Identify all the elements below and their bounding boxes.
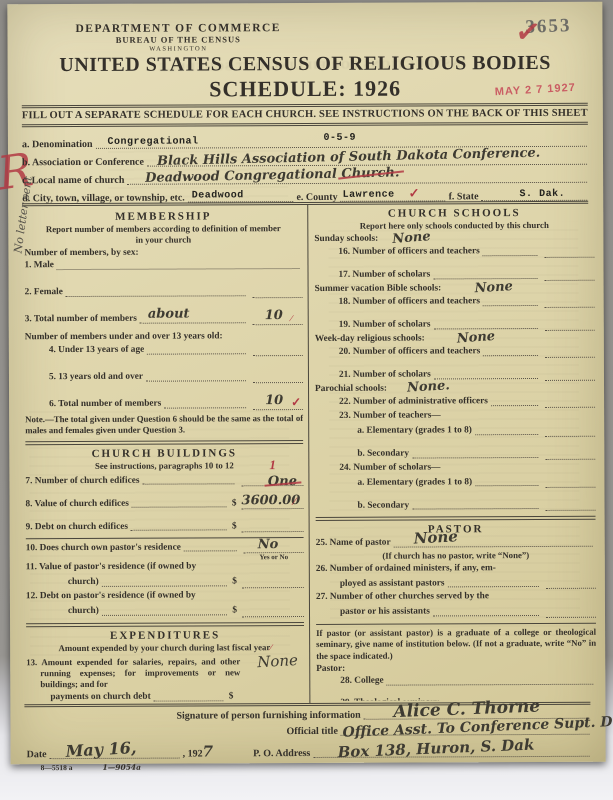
answer-blank xyxy=(238,690,304,702)
dotted-line: May 16, xyxy=(50,758,180,760)
question-row-20: 20. Number of officers and teachers xyxy=(315,345,595,359)
dollar-sign: $ xyxy=(232,521,237,533)
expenditures-subtitle: Amount expended by your church during la… xyxy=(30,642,300,654)
double-rule xyxy=(316,516,596,521)
field-b-label: b. Association or Conference xyxy=(22,157,144,170)
summer-schools-row: Summer vacation Bible schools: None xyxy=(315,283,595,294)
question-row-13b: payments on church debt $ xyxy=(26,690,304,702)
question-row-17: 17. Number of scholars xyxy=(315,268,595,282)
q25-label: 25. Name of pastor xyxy=(316,538,391,550)
answer-blank xyxy=(545,268,595,281)
denomination-value: Congregational xyxy=(107,136,198,148)
dotted-line xyxy=(387,684,594,686)
question-row-26b: ployed as assistant pastors xyxy=(316,576,596,590)
q7-answer-value: One xyxy=(268,474,297,490)
question-row-23b: b. Secondary xyxy=(315,446,595,460)
dotted-line xyxy=(102,585,228,587)
membership-note: Note.—The total given under Question 6 s… xyxy=(25,413,303,437)
q17-label: 17. Number of scholars xyxy=(315,270,431,282)
q7-answer: One 1 xyxy=(241,473,303,486)
sunday-schools-row: Sunday schools: None xyxy=(314,233,594,244)
parochial-schools-answer: None. xyxy=(407,378,451,395)
q23-label: 23. Number of teachers— xyxy=(315,410,441,422)
graduate-note: If pastor (or assistant pastor) is a gra… xyxy=(316,627,596,662)
weekday-schools-label: Week-day religious schools: xyxy=(315,333,425,343)
answer-blank xyxy=(253,343,303,356)
dotted-line xyxy=(475,485,538,486)
q3-label: 3. Total number of members xyxy=(25,314,137,326)
question-row-4: 4. Under 13 years of age xyxy=(25,343,303,357)
q4-label: 4. Under 13 years of age xyxy=(25,345,144,357)
question-row-27: 27. Number of other churches served by t… xyxy=(316,591,596,604)
dollar-sign: $ xyxy=(232,605,237,617)
q27-label-line1: 27. Number of other churches served by t… xyxy=(316,592,489,604)
dotted-line xyxy=(146,380,246,381)
dotted-line xyxy=(154,700,224,701)
question-row-26: 26. Number of ordained ministers, if any… xyxy=(316,563,596,576)
double-rule xyxy=(25,440,303,445)
q6-label: 6. Total number of members xyxy=(25,399,161,411)
field-c-label: c. Local name of church xyxy=(22,175,124,187)
dollar-sign: $ xyxy=(232,498,237,510)
official-title-label: Official title xyxy=(286,726,337,738)
question-row-24a: a. Elementary (grades 1 to 8) xyxy=(315,475,595,489)
dotted-line: Office Asst. To Conference Supt. D.J. Pe… xyxy=(341,734,590,736)
red-check-icon: ✓ xyxy=(409,186,420,202)
red-tick-icon: ∕ xyxy=(270,642,272,652)
question-row-9: 9. Debt on church edifices $ xyxy=(26,519,304,533)
red-check-icon: ✓ xyxy=(314,384,315,395)
question-row-28: 28. College xyxy=(316,675,596,688)
answer-blank xyxy=(545,395,595,408)
q11-label-line1: 11. Value of pastor's residence (if owne… xyxy=(26,562,196,574)
dotted-line xyxy=(131,530,227,531)
question-row-24b: b. Secondary xyxy=(316,498,596,512)
red-tick-icon: ∕ xyxy=(291,313,293,324)
membership-subtitle: Report number of members according to de… xyxy=(43,223,283,246)
answer-blank xyxy=(546,605,596,618)
q26-label-line1: 26. Number of ordained ministers, if any… xyxy=(316,563,496,575)
dotted-line xyxy=(164,407,246,408)
question-row-21: ✓ 21. Number of scholars xyxy=(315,368,595,382)
q6-answer-value: 10 xyxy=(265,393,283,409)
schools-title: CHURCH SCHOOLS xyxy=(314,207,594,220)
dollar-sign: $ xyxy=(232,577,237,589)
dotted-line xyxy=(483,305,538,306)
q12-label-line1: 12. Debt on pastor's residence (if owned… xyxy=(26,591,196,603)
dotted-line xyxy=(184,551,237,552)
question-row-23: 23. Number of teachers— xyxy=(315,410,595,423)
q22-label: 22. Number of administrative officers xyxy=(315,397,488,409)
q13-label-line2: payments on church debt xyxy=(26,692,150,702)
identification-fields: a. Denomination Congregational 0-5-9 b. … xyxy=(22,131,590,205)
question-row-7: 7. Number of church edifices One 1 xyxy=(25,473,303,487)
answer-blank xyxy=(545,318,595,331)
expenditures-subtitle-text: Amount expended by your church during la… xyxy=(58,642,270,653)
dotted-line: Deadwood Congregational Church. xyxy=(127,182,587,185)
question-row-19: 19. Number of scholars xyxy=(315,318,595,332)
question-row-11b: church) $ xyxy=(26,575,304,589)
question-13: 13. Amount expended for salaries, repair… xyxy=(26,656,304,691)
field-local-name: c. Local name of church Deadwood Congreg… xyxy=(22,173,590,187)
state-value: S. Dak. xyxy=(520,189,566,201)
question-row-24: 24. Number of scholars— xyxy=(315,461,595,474)
answer-blank xyxy=(546,498,596,511)
parochial-schools-row: ✓ Parochial schools: None. xyxy=(315,383,595,394)
q13-label-line1: 13. Amount expended for salaries, repair… xyxy=(26,656,240,691)
bureau-city: WASHINGTON xyxy=(76,45,282,53)
dotted-line xyxy=(412,457,538,459)
po-address-label: P. O. Address xyxy=(253,748,310,760)
answer-blank xyxy=(253,285,303,298)
q28-label: 28. College xyxy=(316,676,383,688)
answer-blank xyxy=(242,604,304,617)
left-column: MEMBERSHIP Report number of members acco… xyxy=(24,207,304,702)
answer-blank xyxy=(545,368,595,381)
q24a-label: a. Elementary (grades 1 to 8) xyxy=(315,477,472,489)
answer-blank xyxy=(242,575,304,588)
q7-red-correction: 1 xyxy=(269,457,276,473)
answer-blank xyxy=(545,345,595,358)
q13-answer-value: None xyxy=(257,651,299,671)
q2-label: 2. Female xyxy=(25,287,63,299)
parochial-schools-label: Parochial schools: xyxy=(315,384,387,394)
q1-label: 1. Male xyxy=(24,260,53,272)
q16-label: 16. Number of officers and teachers xyxy=(314,247,479,259)
signature-block: Signature of person furnishing informati… xyxy=(26,705,592,772)
q5-label: 5. 13 years old and over xyxy=(25,372,143,384)
question-row-22: 22. Number of administrative officers xyxy=(315,395,595,409)
answer-blank xyxy=(546,576,596,589)
right-column: CHURCH SCHOOLS Report here only schools … xyxy=(314,206,596,701)
answer-blank xyxy=(545,423,595,436)
signature-label: Signature of person furnishing informati… xyxy=(176,710,360,723)
red-check-icon: ✓ xyxy=(314,369,315,382)
q3-answer-word: about xyxy=(148,307,190,323)
date-address-row: Date May 16, , 192 7 P. O. Address Box 1… xyxy=(27,741,593,761)
membership-group2: Number of members under and over 13 year… xyxy=(25,331,303,342)
double-rule xyxy=(26,622,304,627)
dotted-line xyxy=(143,484,235,485)
form-number: 8—5518 a xyxy=(41,763,73,772)
q25-answer-value: None xyxy=(413,527,458,548)
question-row-6: 6. Total number of members 10 ✓ xyxy=(25,397,303,411)
q25-hint: (If church has no pastor, write “None”) xyxy=(320,550,592,562)
date-value: May 16, xyxy=(65,738,137,761)
q6-answer: 10 ✓ xyxy=(253,397,303,410)
membership-title: MEMBERSHIP xyxy=(24,210,302,223)
dotted-line xyxy=(483,255,538,256)
question-row-3: 3. Total number of members about 10 ∕ xyxy=(25,312,303,326)
date-label: Date xyxy=(27,749,47,761)
code-value: 0-5-9 xyxy=(323,133,356,145)
q27-label-line2: pastor or his assistants xyxy=(316,607,430,619)
answer-blank xyxy=(545,446,595,459)
q23b-label: b. Secondary xyxy=(315,449,409,461)
dotted-line xyxy=(132,507,227,508)
q12-label-line2: church) xyxy=(26,606,99,618)
field-a-label: a. Denomination xyxy=(22,139,93,151)
question-row-2: 2. Female xyxy=(25,285,303,299)
question-row-10: 10. Does church own pastor's residence N… xyxy=(26,540,304,554)
q7-label: 7. Number of church edifices xyxy=(25,476,139,488)
q26-label-line2: ployed as assistant pastors xyxy=(316,578,445,590)
q11-label-line2: church) xyxy=(26,577,99,589)
buildings-title: CHURCH BUILDINGS xyxy=(25,447,303,460)
q24b-label: b. Secondary xyxy=(316,500,410,512)
q23a-label: a. Elementary (grades 1 to 8) xyxy=(315,425,472,437)
answer-blank xyxy=(545,475,595,488)
q8-answer: 3600.00 ∕ xyxy=(241,496,303,509)
q24-label: 24. Number of scholars— xyxy=(315,462,440,474)
year-print: , 192 xyxy=(183,748,203,760)
city-value: Deadwood xyxy=(192,190,244,202)
dotted-line: None xyxy=(394,546,593,548)
q8-answer-value: 3600.00 xyxy=(241,493,300,510)
q9-label: 9. Debt on church edifices xyxy=(26,522,128,534)
question-row-23a: a. Elementary (grades 1 to 8) xyxy=(315,423,595,437)
q10-answer-value: No xyxy=(258,537,279,553)
dotted-line xyxy=(483,355,538,356)
dollar-sign: $ xyxy=(229,692,234,703)
sunday-schools-answer: None xyxy=(392,229,431,247)
expenditures-title: EXPENDITURES xyxy=(26,629,304,642)
q19-label: 19. Number of scholars xyxy=(315,320,431,332)
dotted-line xyxy=(412,508,538,510)
yes-or-no-label: Yes or No xyxy=(244,553,304,561)
red-tick-icon: ∕ xyxy=(293,496,295,510)
buildings-subtitle: See instructions, paragraphs 10 to 12 xyxy=(29,460,299,472)
dotted-line xyxy=(57,268,300,270)
county-value: Lawrence xyxy=(343,190,395,202)
dotted-line xyxy=(433,278,537,279)
weekday-schools-answer: None xyxy=(456,329,495,347)
pastor-label: Pastor: xyxy=(316,663,596,674)
q10-label: 10. Does church own pastor's residence xyxy=(26,542,181,554)
answer-blank xyxy=(253,370,303,383)
question-row-25: 25. Name of pastor None xyxy=(316,537,596,550)
form-title: UNITED STATES CENSUS OF RELIGIOUS BODIES xyxy=(8,52,603,78)
agency-header: DEPARTMENT OF COMMERCE BUREAU OF THE CEN… xyxy=(75,22,281,53)
question-row-16: 16. Number of officers and teachers xyxy=(314,245,594,259)
dotted-line xyxy=(475,434,538,435)
schools-subtitle: Report here only schools conducted by th… xyxy=(318,220,590,232)
q18-label: 18. Number of officers and teachers xyxy=(315,297,480,309)
red-check-icon: ✓ xyxy=(291,395,301,410)
dotted-line xyxy=(433,615,539,616)
answer-blank xyxy=(544,245,594,258)
q8-label: 8. Value of church edifices xyxy=(26,499,129,511)
question-row-11: 11. Value of pastor's residence (if owne… xyxy=(26,561,304,574)
local-name-part2-struck: Church. xyxy=(342,166,400,183)
column-divider xyxy=(307,205,310,703)
question-row-8: 8. Value of church edifices $ 3600.00 ∕ xyxy=(25,496,303,510)
weekday-schools-row: Week-day religious schools: None xyxy=(315,333,595,344)
question-row-12: 12. Debt on pastor's residence (if owned… xyxy=(26,590,304,603)
q3-answer-value: 10 xyxy=(265,308,283,324)
summer-schools-label: Summer vacation Bible schools: xyxy=(315,283,442,294)
dotted-line xyxy=(66,295,246,297)
question-row-18: 18. Number of officers and teachers xyxy=(315,295,595,309)
question-row-1: 1. Male xyxy=(24,259,302,272)
dotted-line xyxy=(102,614,228,616)
red-check-icon: ✓ xyxy=(513,13,543,51)
dotted-line: about xyxy=(140,322,246,323)
form-number-row: 8—5518 a 1—9054a xyxy=(27,761,593,772)
dotted-line: Box 138, Huron, S. Dak xyxy=(313,756,589,758)
question-row-12b: church) $ xyxy=(26,604,304,618)
single-rule xyxy=(316,623,596,625)
print-code: 1—9054a xyxy=(103,763,141,772)
photo-backdrop: INSTRUCTIONS FOR FILLING OUT SCHEDULE DE… xyxy=(0,0,613,800)
summer-schools-answer: None xyxy=(474,279,513,296)
question-row-5: 5. 13 years old and over xyxy=(25,370,303,384)
sunday-schools-label: Sunday schools: xyxy=(314,234,378,244)
question-row-27b: pastor or his assistants xyxy=(316,605,596,619)
instruction-banner: FILL OUT A SEPARATE SCHEDULE FOR EACH CH… xyxy=(22,103,588,127)
q10-answer: No xyxy=(244,540,304,553)
dotted-line xyxy=(147,353,246,354)
dotted-line xyxy=(491,405,538,406)
q20-label: 20. Number of officers and teachers xyxy=(315,347,480,359)
dotted-line xyxy=(447,586,538,587)
membership-group1: Number of members, by sex: xyxy=(24,247,302,258)
local-name-part1: Deadwood Congregational xyxy=(145,167,337,186)
year-hand-digit: 7 xyxy=(203,742,214,760)
census-form-paper: INSTRUCTIONS FOR FILLING OUT SCHEDULE DE… xyxy=(7,2,605,765)
q3-answer: 10 ∕ xyxy=(253,312,303,325)
answer-blank xyxy=(242,519,304,532)
answer-blank xyxy=(545,295,595,308)
